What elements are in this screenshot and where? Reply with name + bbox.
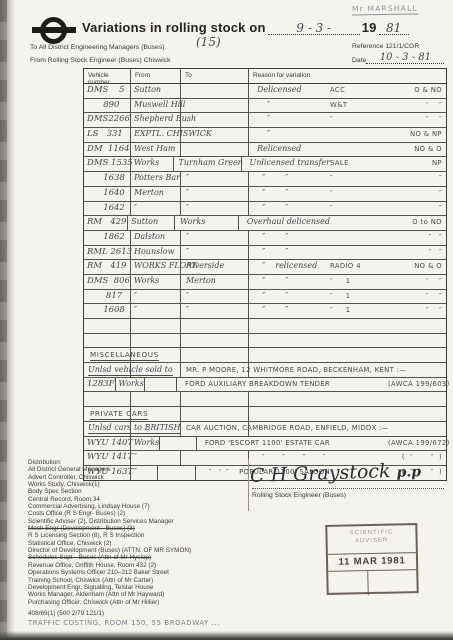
reason-cell: ″ ″ ″ 1 ″ ″: [249, 275, 446, 289]
distribution-item: Scientific Adviser (2), Distribution Ser…: [28, 518, 248, 525]
table-row: LS 331 EXPTL. CHISWICK ″ NO & NP: [84, 128, 446, 143]
table-row: 1638 Potters Bar ″ ″ ″ ″ ″: [84, 172, 446, 187]
distribution-item: Revenue Office, Griffith House, Room 432…: [28, 562, 248, 569]
to-cell: [181, 143, 249, 157]
status-code: ″ ″: [388, 290, 446, 304]
col-header-to: To: [181, 69, 249, 83]
status-code: ″: [388, 202, 446, 216]
from-cell: EXPTL. CHISWICK: [131, 128, 181, 142]
from-cell: Sutton: [128, 216, 175, 230]
reason-code: [330, 378, 388, 392]
date-label: Date: [352, 57, 366, 64]
from-cell: Merton: [131, 187, 181, 201]
reason-cell: ″ NO & NP: [249, 128, 446, 142]
to-cell: ″: [181, 231, 249, 245]
reason-cell: ″ ″ ″ ″: [249, 202, 446, 216]
span-note-right: CAR AUCTION, CAMBRIDGE ROAD, ENFIELD, MI…: [186, 423, 389, 434]
signature-name: C H Graystock: [250, 460, 391, 487]
span-note-left: Unlsd cars to BRITISH: [88, 423, 181, 434]
vehicle-number-cell: WYU 140T: [84, 437, 131, 451]
to-cell: [181, 99, 249, 113]
reason-text: Overhaul delicensed: [239, 216, 330, 230]
distribution-item: Advert Controller, Chiswick: [28, 474, 248, 481]
vehicle-number-cell: 1862: [84, 231, 131, 245]
from-cell: Works: [116, 378, 145, 392]
status-code: NO & O: [388, 143, 446, 157]
reason-code: RADIO 4: [330, 260, 388, 274]
reason-code: [330, 143, 388, 157]
table-row: DMS 806 Works Merton ″ ″ ″ 1 ″ ″: [84, 275, 446, 290]
to-cell: [181, 407, 249, 421]
from-cell: Dalston: [131, 231, 181, 245]
table-row: 890 Muswell Hill ″ W&T ″ ″: [84, 99, 446, 114]
reason-code: W&T: [330, 99, 388, 113]
to-cell: ″: [181, 290, 249, 304]
variations-table: Vehicle number From To Reason for variat…: [83, 68, 447, 481]
vehicle-number-cell: 817: [84, 290, 131, 304]
reason-cell: [249, 392, 446, 406]
status-code: (AWCA 199/603): [388, 378, 446, 392]
footer-handwritten-note: TRAFFIC COSTING, ROOM 150, 55 BROADWAY .…: [28, 619, 220, 627]
table-row: RM 429 Sutton Works Overhaul delicensed …: [84, 216, 446, 231]
reason-text: ″ ″: [249, 290, 330, 304]
reason-text: ″ ″: [249, 172, 330, 186]
to-cell: [181, 392, 249, 406]
reason-cell: ″ ″ ″ 1 ″ ″: [249, 304, 446, 318]
reason-text: FORD AUXILIARY BREAKDOWN TENDER: [177, 378, 330, 392]
reason-text: [249, 319, 330, 333]
form-title-line: Variations in rolling stock on 9 - 3 - 1…: [82, 20, 409, 35]
reason-cell: ″ W&T ″ ″: [249, 99, 446, 113]
status-code: ″ ″: [388, 275, 446, 289]
signature-pp-mark: p.p: [396, 464, 421, 481]
status-code: ″ ″: [388, 99, 446, 113]
reason-code: [330, 246, 388, 260]
table-row: PRIVATE CARS: [84, 407, 446, 422]
vehicle-number-cell: [84, 334, 131, 348]
vehicle-number-cell: 1638: [84, 172, 131, 186]
vehicle-number-cell: RM 429: [84, 216, 128, 230]
reason-cell: Unlicensed transfer SALE NP: [242, 157, 446, 171]
status-code: ″ ″: [388, 246, 446, 260]
span-note-left: Unlsd vehicle sold to: [88, 365, 173, 376]
distribution-item: Mech Engr (Development - Buses) (3): [28, 525, 248, 532]
reason-text: [249, 348, 330, 362]
col-header-reason: Reason for variation: [249, 69, 446, 83]
status-code: [388, 422, 446, 436]
status-code: ″ ″: [388, 231, 446, 245]
table-header-row: Vehicle number From To Reason for variat…: [84, 69, 446, 84]
distribution-item: Works Study, Chiswick(1): [28, 481, 248, 488]
vehicle-number-cell: DMS2266: [84, 113, 131, 127]
from-cell: [131, 319, 181, 333]
reason-cell: FORD 'ESCORT 1100' ESTATE CAR (AWCA 199/…: [197, 437, 446, 451]
section-heading: PRIVATE CARS: [90, 409, 148, 420]
from-cell: [131, 392, 181, 406]
scanned-form-page: Mr MARSHALL Variations in rolling stock …: [0, 0, 453, 640]
roundel-ring: [40, 17, 67, 44]
reason-text: ″ ″: [249, 187, 330, 201]
reason-text: Delicensed: [249, 84, 330, 98]
status-code: NO & NP: [388, 128, 446, 142]
status-code: [388, 348, 446, 362]
status-code: NO & O: [388, 260, 446, 274]
sender-line: From Rolling Stock Engineer (Buses) Chis…: [30, 57, 171, 64]
table-row: Unlsd vehicle sold to MR. P MOORE, 12 WH…: [84, 363, 446, 378]
reason-code: [330, 392, 388, 406]
reason-text: [249, 392, 330, 406]
table-row: 1608 ″ ″ ″ ″ ″ 1 ″ ″: [84, 304, 446, 319]
reason-text: ″ ″: [249, 275, 330, 289]
vehicle-number-cell: 890: [84, 99, 131, 113]
stamp-grid: [328, 570, 417, 638]
reason-code: ACC: [330, 84, 388, 98]
to-cell: [181, 319, 249, 333]
reason-text: [249, 334, 330, 348]
reason-code: ″: [330, 187, 388, 201]
table-row: DM 1164 West Ham Relicensed NO & O: [84, 143, 446, 158]
to-cell: [181, 113, 249, 127]
status-code: ″: [388, 187, 446, 201]
reason-code: SALE: [330, 157, 388, 171]
to-cell: ″: [181, 304, 249, 318]
reason-code: ″ 1: [330, 304, 388, 318]
vehicle-number-cell: DMS 5: [84, 84, 131, 98]
stamp-department: SCIENTIFIC ADVISER: [327, 525, 416, 555]
col-header-vehicle-number: Vehicle number: [84, 69, 131, 83]
from-cell: Muswell Hill: [131, 99, 181, 113]
distribution-item: Works Manager, Aldenham (Attn of Mr Hayw…: [28, 591, 248, 598]
vehicle-number-cell: LS 331: [84, 128, 131, 142]
reason-cell: Relicensed NO & O: [249, 143, 446, 157]
status-code: O to NO: [388, 216, 446, 230]
reason-text: [249, 407, 330, 421]
from-cell: West Ham: [131, 143, 181, 157]
addressee-line: To All District Engineering Managers (Bu…: [30, 44, 164, 51]
distribution-item: Purchasing Officer, Chiswick (Attn of Mr…: [28, 599, 248, 606]
from-cell: ″: [131, 290, 181, 304]
vehicle-number-cell: 1608: [84, 304, 131, 318]
copies-note: (15): [196, 35, 221, 49]
table-row: 1640 Merton ″ ″ ″ ″ ″: [84, 187, 446, 202]
reason-cell: ″ ″ ″ 1 ″ ″: [249, 290, 446, 304]
reason-code: [330, 437, 388, 451]
reason-cell: [249, 319, 446, 333]
distribution-item: Director of Development (Buses) (ATTN. O…: [28, 547, 248, 554]
signature-script: C H Graystock p.p: [250, 459, 422, 487]
distribution-item: Central Record, Room 34: [28, 496, 248, 503]
received-date-stamp: SCIENTIFIC ADVISER 11 MAR 1981: [325, 523, 418, 595]
section-heading: MISCELLANEOUS: [90, 350, 159, 361]
distribution-item: Training School, Chiswick (Attn of Mr Ca…: [28, 577, 248, 584]
status-code: [388, 392, 446, 406]
table-row: MISCELLANEOUS: [84, 348, 446, 363]
to-cell: ″: [181, 187, 249, 201]
reason-code: [330, 128, 388, 142]
vehicle-number-cell: RM 419: [84, 260, 131, 274]
distribution-item: Body Spec Section: [28, 488, 248, 495]
distribution-item: All District General Managers: [28, 466, 248, 473]
binding-shadow: [0, 0, 15, 640]
vehicle-number-cell: DM 1164: [84, 143, 131, 157]
reason-code: [330, 334, 388, 348]
to-cell: [160, 437, 197, 451]
reason-code: ″ 1: [330, 275, 388, 289]
from-cell: WORKS FLOAT: [131, 260, 181, 274]
stamp-dept-line2: ADVISER: [355, 538, 388, 545]
table-row: [84, 392, 446, 407]
reason-code: ″: [330, 172, 388, 186]
status-code: NP: [388, 157, 446, 171]
reason-text: ″: [249, 99, 330, 113]
table-row: RML 2613 Hounslow ″ ″ ″ ″ ″: [84, 246, 446, 261]
distribution-item: Development Engr, Signalling, Telstar Ho…: [28, 584, 248, 591]
reason-text: ″ ″: [249, 304, 330, 318]
distribution-item: R S Licensing Section (8), R S Inspectio…: [28, 532, 248, 539]
vehicle-number-cell: [84, 392, 131, 406]
reason-text: FORD 'ESCORT 1100' ESTATE CAR: [197, 437, 330, 451]
to-cell: Turnham Green: [174, 157, 242, 171]
table-row: 1283F Works FORD AUXILIARY BREAKDOWN TEN…: [84, 378, 446, 393]
stamp-cell: [328, 571, 368, 596]
reason-code: ″: [330, 113, 388, 127]
table-row: [84, 319, 446, 334]
distribution-list: Distribution: All District General Manag…: [28, 459, 248, 606]
table-row: RM 419 WORKS FLOAT Riverside ″ relicense…: [84, 260, 446, 275]
to-cell: [181, 334, 249, 348]
reason-cell: Delicensed ACC O & NO: [249, 84, 446, 98]
table-row: WYU 140T Works FORD 'ESCORT 1100' ESTATE…: [84, 437, 446, 452]
from-cell: Shepherd Bush: [131, 113, 181, 127]
from-cell: ″: [131, 304, 181, 318]
col-header-from: From: [131, 69, 181, 83]
span-note-right: MR. P MOORE, 12 WHITMORE ROAD, BECKENHAM…: [186, 365, 406, 376]
date-value-handwritten: 10 - 3 - 81: [366, 53, 444, 64]
vehicle-number-cell: RML 2613: [84, 246, 131, 260]
reason-code: ″: [330, 202, 388, 216]
to-cell: Works: [175, 216, 239, 230]
reason-cell: ″ ″ ″ ″: [249, 187, 446, 201]
reason-code: [330, 216, 388, 230]
reason-code: ″ 1: [330, 290, 388, 304]
signature-dotted-line: [252, 488, 444, 489]
table-row: DMS 5 Sutton Delicensed ACC O & NO: [84, 84, 446, 99]
reason-cell: ″ ″ ″ ″: [249, 113, 446, 127]
table-row: DMS 1535 Works Turnham Green Unlicensed …: [84, 157, 446, 172]
distribution-label: Distribution:: [28, 459, 248, 466]
date-line: Date 10 - 3 - 81: [352, 53, 444, 64]
status-code: ″: [388, 172, 446, 186]
reason-cell: Overhaul delicensed O to NO: [239, 216, 446, 230]
table-row: 817 ″ ″ ″ ″ ″ 1 ″ ″: [84, 290, 446, 305]
status-code: [388, 407, 446, 421]
to-cell: ″: [181, 246, 249, 260]
table-row: 1862 Dalston ″ ″ ″ ″ ″: [84, 231, 446, 246]
table-row: 1642 ″ ″ ″ ″ ″ ″: [84, 202, 446, 217]
distribution-item: Statistical Office, Chiswick (2): [28, 540, 248, 547]
reason-code: [330, 407, 388, 421]
reason-text: ″ ″: [249, 246, 330, 260]
table-row: DMS2266 Shepherd Bush ″ ″ ″ ″: [84, 113, 446, 128]
status-code: [388, 319, 446, 333]
to-cell: ″: [181, 172, 249, 186]
reason-text: Unlicensed transfer: [242, 157, 330, 171]
form-print-number: 408/69(1) (500 2/79 121/1): [28, 610, 104, 617]
stamp-date: 11 MAR 1981: [328, 553, 416, 572]
to-cell: ″: [181, 202, 249, 216]
from-cell: Potters Bar: [131, 172, 181, 186]
vehicle-number-cell: 1640: [84, 187, 131, 201]
status-code: ″ ″: [388, 113, 446, 127]
reason-text: ″ ″: [249, 202, 330, 216]
reason-code: [330, 319, 388, 333]
reason-cell: FORD AUXILIARY BREAKDOWN TENDER (AWCA 19…: [177, 378, 446, 392]
distribution-item: Operations Systems Officer 210–212 Baker…: [28, 569, 248, 576]
to-cell: Merton: [181, 275, 249, 289]
from-cell: [131, 334, 181, 348]
reason-cell: [249, 407, 446, 421]
from-cell: Works: [131, 437, 160, 451]
vehicle-number-cell: 1283F: [84, 378, 116, 392]
from-cell: Sutton: [131, 84, 181, 98]
reason-text: ″ ″: [249, 231, 330, 245]
to-cell: [181, 348, 249, 362]
from-cell: Works: [131, 275, 181, 289]
reason-text: ″: [249, 113, 330, 127]
vehicle-number-cell: DMS 806: [84, 275, 131, 289]
from-cell: Hounslow: [131, 246, 181, 260]
status-code: O & NO: [388, 84, 446, 98]
year-handwritten: 81: [379, 23, 409, 35]
year-prefix: 19: [362, 20, 377, 35]
reason-code: [330, 231, 388, 245]
reason-cell: ″ ″ ″ ″: [249, 231, 446, 245]
to-cell: [145, 378, 177, 392]
london-transport-roundel-icon: [32, 16, 76, 44]
vehicle-number-cell: 1642: [84, 202, 131, 216]
vehicle-number-cell: [84, 319, 131, 333]
reason-code: [330, 348, 388, 362]
reason-text: ″: [249, 128, 330, 142]
reason-cell: ″ ″ ″ ″: [249, 172, 446, 186]
reason-cell: [249, 334, 446, 348]
form-title: Variations in rolling stock on: [82, 20, 266, 35]
to-cell: [181, 84, 249, 98]
status-code: [388, 334, 446, 348]
reference-number: Reference 121/1/CGR: [352, 43, 419, 50]
reason-cell: [249, 348, 446, 362]
reason-text: ″ relicensed: [249, 260, 330, 274]
status-code: (AWCA 199/672): [388, 437, 446, 451]
reason-cell: ″ ″ ″ ″: [249, 246, 446, 260]
distribution-item: Schedules Supt—Buses (Attn of Mr Hyslop): [28, 554, 248, 561]
stamp-dept-line1: SCIENTIFIC: [350, 530, 393, 537]
vehicle-number-cell: DMS 1535: [84, 157, 131, 171]
from-cell: Works: [131, 157, 174, 171]
to-cell: [181, 128, 249, 142]
distribution-item: Commercial Advertising, Lindsay House (7…: [28, 503, 248, 510]
from-cell: ″: [131, 202, 181, 216]
reason-text: Relicensed: [249, 143, 330, 157]
variation-date-handwritten: 9 - 3 -: [268, 23, 360, 35]
table-row: Unlsd cars to BRITISH CAR AUCTION, CAMBR…: [84, 422, 446, 437]
status-code: ″ ″: [388, 304, 446, 318]
recipient-annotation: Mr MARSHALL: [352, 4, 418, 16]
to-cell: Riverside: [181, 260, 249, 274]
signature-role: Rolling Stock Engineer (Buses): [252, 492, 346, 499]
table-row: [84, 334, 446, 349]
distribution-item: Costs Office (R S Engr- Buses) (2): [28, 510, 248, 517]
reason-cell: ″ relicensed RADIO 4 NO & O: [249, 260, 446, 274]
